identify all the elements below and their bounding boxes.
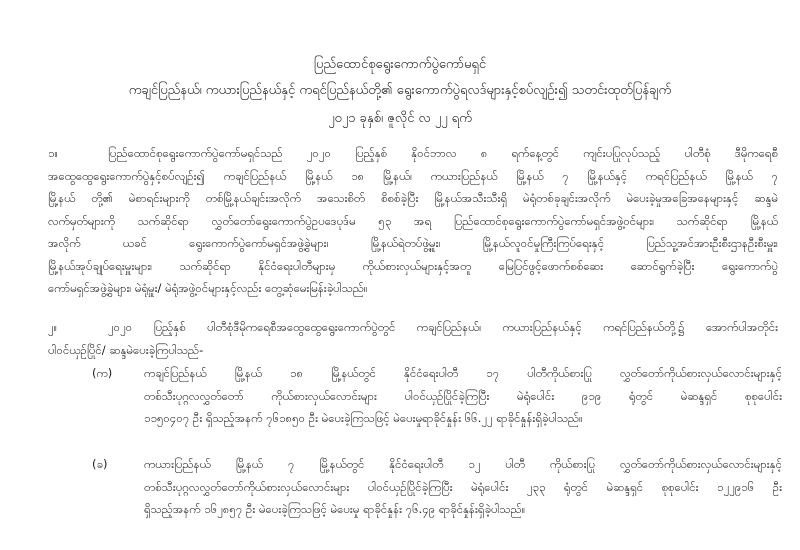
press-release-page: ပြည်ထောင်စုရွေးကောက်ပွဲကော်မရှင် ကချင်ပြ… xyxy=(0,0,800,550)
paragraph-line: မြို့နယ် တို့၏ မဲစာရင်းများကို တစ်မြို့န… xyxy=(48,187,778,210)
paragraph-line: မြို့နယ်အုပ်ချုပ်ရေးမှူးများ၊ သက်ဆိုင်ရာ… xyxy=(48,255,778,278)
paragraph-number: ၁။ xyxy=(48,142,58,165)
paragraph-2: ၂။ ၂၀၂၀ ပြည့်နှစ် ပါတီစုံဒီမိုကရေစီအထွေထ… xyxy=(48,316,778,361)
sub-item-label: (က) xyxy=(92,362,142,385)
line-text: ပြည်ထောင်စုရွေးကောက်ပွဲကော်မရှင်သည် ၂၀၂၀… xyxy=(108,146,778,160)
sub-item-body: ကယားပြည်နယ် မြို့နယ် ၇ မြို့နယ်တွင် နိုင… xyxy=(144,453,782,521)
paragraph-line: အလိုက် ယခင် ရွေးကောက်ပွဲကော်မရှင်အဖွဲ့ခွ… xyxy=(48,232,778,255)
paragraph-line: ပြည်ထောင်စုရွေးကောက်ပွဲကော်မရှင်သည် ၂၀၂၀… xyxy=(48,142,778,165)
sub-item-line: တစ်သီးပုဂ္ဂလလွှတ်တော်ကိုယ်စားလှယ်လောင်းမ… xyxy=(144,476,782,499)
paragraph-line: ပါဝင်ယှဉ်ပြိုင်/ ဆန္ဒမဲပေးခဲ့ကြပါသည်- xyxy=(48,339,778,362)
sub-item-label: (ခ) xyxy=(92,453,142,476)
paragraph-number: ၂။ xyxy=(48,316,57,339)
document-date: ၂၀၂၁ ခုနှစ်၊ ဇူလိုင် လ ၂၂ ရက် xyxy=(0,110,800,129)
sub-item-line: တစ်သီးပုဂ္ဂလလွှတ်တော် ကိုယ်စားလှယ်လောင်း… xyxy=(144,385,782,408)
sub-item-ka: (က) ကချင်ပြည်နယ် မြို့နယ် ၁၈ မြို့နယ်တွင… xyxy=(92,362,782,430)
sub-item-line: ၁၁၅၀၄၀၇ ဦး ရှိသည့်အနက် ၇၆၁၈၅၀ ဦး မဲပေးခဲ… xyxy=(144,407,782,430)
sub-item-line: ရှိသည့်အနက် ၁၆၂၈၅၇ ဦး မဲပေးခဲ့ကြသဖြင့် မ… xyxy=(144,498,782,521)
paragraph-line: ၂၀၂၀ ပြည့်နှစ် ပါတီစုံဒီမိုကရေစီအထွေထွေရ… xyxy=(48,316,778,339)
paragraph-line: အထွေထွေရွေးကောက်ပွဲနှင့်စပ်လျဉ်း၍ ကချင်ပ… xyxy=(48,165,778,188)
sub-item-line: ကယားပြည်နယ် မြို့နယ် ၇ မြို့နယ်တွင် နိုင… xyxy=(144,453,782,476)
paragraph-1: ၁။ ပြည်ထောင်စုရွေးကောက်ပွဲကော်မရှင်သည် ၂… xyxy=(48,142,778,300)
sub-item-line: ကချင်ပြည်နယ် မြို့နယ် ၁၈ မြို့နယ်တွင် နိ… xyxy=(144,362,782,385)
line-text: ၂၀၂၀ ပြည့်နှစ် ပါတီစုံဒီမိုကရေစီအထွေထွေရ… xyxy=(108,320,778,334)
sub-item-body: ကချင်ပြည်နယ် မြို့နယ် ၁၈ မြို့နယ်တွင် နိ… xyxy=(144,362,782,430)
sub-item-kha: (ခ) ကယားပြည်နယ် မြို့နယ် ၇ မြို့နယ်တွင် … xyxy=(92,453,782,521)
paragraph-line: ကော်မရှင်အဖွဲ့ခွဲများ၊ မဲရုံမှူး/ မဲရုံအ… xyxy=(48,277,778,300)
document-title: ကချင်ပြည်နယ်၊ ကယားပြည်နယ်နှင့် ကရင်ပြည်န… xyxy=(0,82,800,101)
issuer-heading: ပြည်ထောင်စုရွေးကောက်ပွဲကော်မရှင် xyxy=(0,56,800,75)
paragraph-line: လက်မှတ်များကို သက်ဆိုင်ရာ လွှတ်တော်ရွေးက… xyxy=(48,210,778,233)
